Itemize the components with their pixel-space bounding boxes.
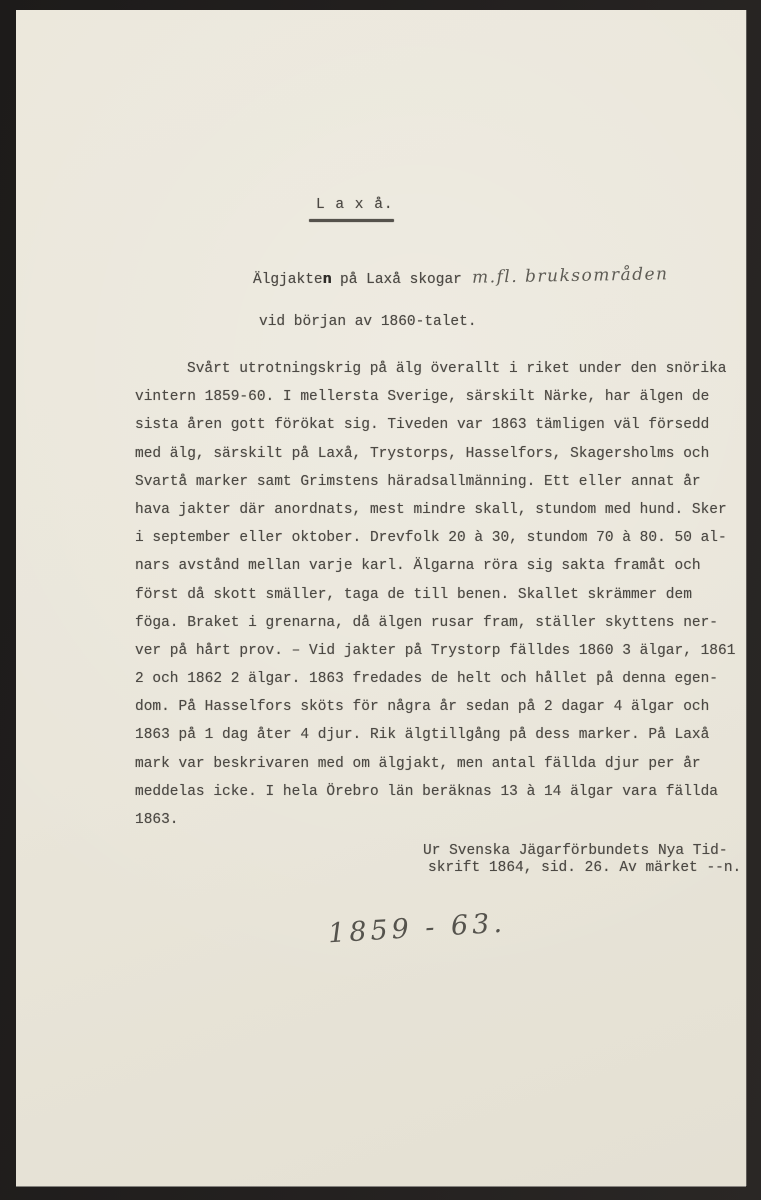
- body-line: ver på hårt prov. – Vid jakter på Trysto…: [135, 637, 741, 665]
- body-line: nars avstånd mellan varje karl. Älgarna …: [135, 552, 741, 580]
- body-line: med älg, särskilt på Laxå, Trystorps, Ha…: [135, 440, 741, 468]
- handwritten-date-note: 1859 - 63.: [327, 908, 507, 950]
- subject-heading-line2: vid början av 1860-talet.: [259, 314, 477, 330]
- body-line: Svårt utrotningskrig på älg överallt i r…: [135, 355, 741, 383]
- body-line: 2 och 1862 2 älgar. 1863 fredades de hel…: [135, 665, 741, 693]
- body-line: dom. På Hasselfors sköts för några år se…: [135, 693, 741, 721]
- source-attribution: Ur Svenska Jägarförbundets Nya Tid- skri…: [423, 843, 741, 876]
- body-line: meddelas icke. I hela Örebro län beräkna…: [135, 778, 741, 806]
- source-attribution-line1: Ur Svenska Jägarförbundets Nya Tid-: [423, 843, 741, 860]
- body-line: Svartå marker samt Grimstens häradsallmä…: [135, 468, 741, 496]
- scanner-background: L a x å. Älgjakten på Laxå skogarm.fl. b…: [0, 0, 761, 1200]
- body-paragraph: Svårt utrotningskrig på älg överallt i r…: [135, 355, 741, 834]
- document-page: L a x å. Älgjakten på Laxå skogarm.fl. b…: [16, 10, 746, 1186]
- body-line: vintern 1859-60. I mellersta Sverige, sä…: [135, 383, 741, 411]
- subject-heading: Älgjakten på Laxå skogarm.fl. bruksområd…: [253, 268, 668, 288]
- body-line: mark var beskrivaren med om älgjakt, men…: [135, 750, 741, 778]
- document-title: L a x å.: [316, 197, 394, 213]
- body-line: föga. Braket i grenarna, då älgen rusar …: [135, 609, 741, 637]
- title-underline: [309, 219, 394, 222]
- body-line: sista åren gott förökat sig. Tiveden var…: [135, 411, 741, 439]
- handwritten-heading-addition: m.fl. bruksområden: [472, 264, 669, 287]
- body-line: 1863.: [135, 806, 741, 834]
- subject-heading-typed-suffix: på Laxå skogar: [331, 272, 462, 288]
- body-line: först då skott smäller, taga de till ben…: [135, 581, 741, 609]
- subject-heading-typed-prefix: Älgjakte: [253, 272, 323, 288]
- source-attribution-line2: skrift 1864, sid. 26. Av märket --n.: [428, 860, 741, 877]
- body-line: hava jakter där anordnats, mest mindre s…: [135, 496, 741, 524]
- body-line: 1863 på 1 dag åter 4 djur. Rik älgtillgå…: [135, 721, 741, 749]
- body-line: i september eller oktober. Drevfolk 20 à…: [135, 524, 741, 552]
